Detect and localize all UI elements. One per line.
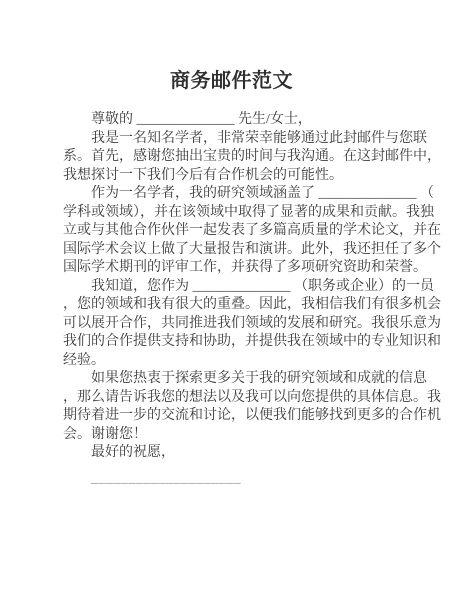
closing-line: 最好的祝愿， bbox=[63, 444, 443, 463]
paragraph-collaboration-proposal: 我知道，您作为 ______________ （职务或企业）的一员 ，您的领域和… bbox=[63, 278, 443, 371]
document-body: 尊敬的 ______________ 先生/女士， 我是一名知名学者，非常荣幸能… bbox=[0, 111, 463, 488]
paragraph-introduction: 我是一名知名学者，非常荣幸能够通过此封邮件与您联 系。首先，感谢您抽出宝贵的时间… bbox=[63, 130, 443, 186]
paragraph-research-background: 作为一名学者，我的研究领域涵盖了 ______________ （ 学科或领域）… bbox=[63, 185, 443, 278]
signature-blank-line: ____________________ bbox=[63, 470, 443, 489]
paragraph-invitation-to-reply: 如果您热衷于探索更多关于我的研究领域和成就的信息 ，那么请告诉我您的想法以及我可… bbox=[63, 370, 443, 444]
greeting-line: 尊敬的 ______________ 先生/女士， bbox=[63, 111, 443, 130]
business-email-document: 商务邮件范文 尊敬的 ______________ 先生/女士， 我是一名知名学… bbox=[0, 0, 463, 600]
document-title: 商务邮件范文 bbox=[0, 0, 463, 93]
